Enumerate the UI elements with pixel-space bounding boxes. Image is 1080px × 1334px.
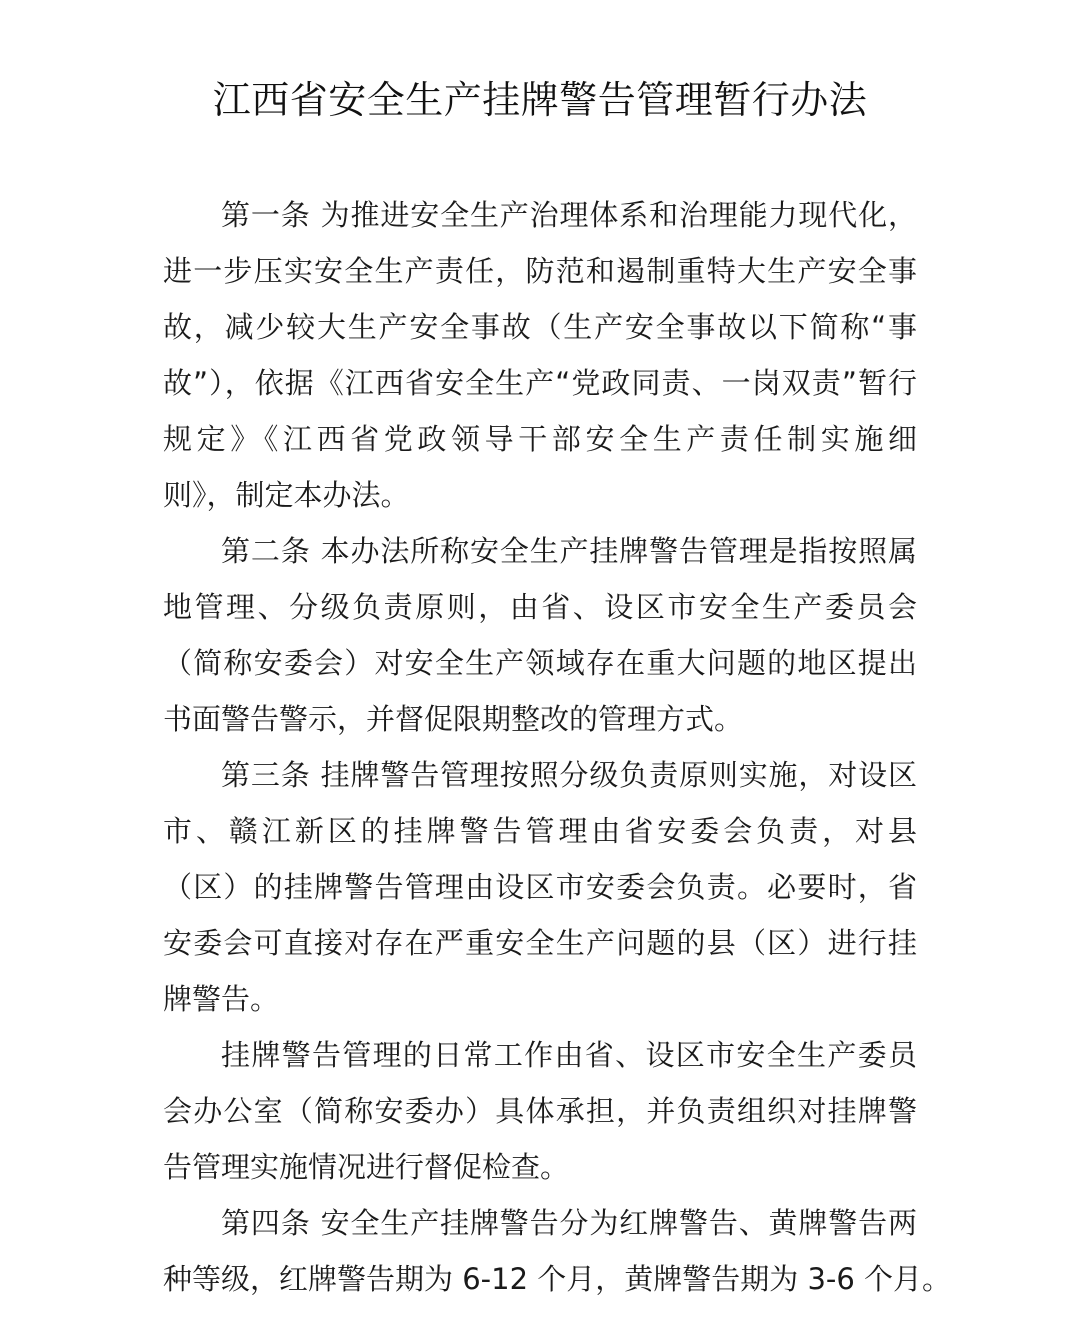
- paragraph-line: （区）的挂牌警告管理由设区市安委会负责。必要时，省: [163, 859, 917, 915]
- paragraph-line: 第四条 安全生产挂牌警告分为红牌警告、黄牌警告两: [163, 1195, 917, 1251]
- paragraph-line: 故，减少较大生产安全事故（生产安全事故以下简称“事: [163, 299, 917, 355]
- paragraph-line: 规定》《江西省党政领导干部安全生产责任制实施细: [163, 411, 917, 467]
- paragraph-line: 种等级，红牌警告期为 6-12 个月，黄牌警告期为 3-6 个月。: [163, 1251, 917, 1307]
- article-4-paragraph: 第四条 安全生产挂牌警告分为红牌警告、黄牌警告两 种等级，红牌警告期为 6-12…: [163, 1195, 917, 1307]
- paragraph-line: 进一步压实安全生产责任，防范和遏制重特大生产安全事: [163, 243, 917, 299]
- paragraph-line: 则》，制定本办法。: [163, 467, 917, 523]
- document-body: 第一条 为推进安全生产治理体系和治理能力现代化， 进一步压实安全生产责任，防范和…: [163, 187, 917, 1307]
- paragraph-line: 书面警告警示，并督促限期整改的管理方式。: [163, 691, 917, 747]
- paragraph-line: 第三条 挂牌警告管理按照分级负责原则实施，对设区: [163, 747, 917, 803]
- article-2-paragraph: 第二条 本办法所称安全生产挂牌警告管理是指按照属 地管理、分级负责原则，由省、设…: [163, 523, 917, 747]
- paragraph-line: 地管理、分级负责原则，由省、设区市安全生产委员会: [163, 579, 917, 635]
- paragraph-line: 告管理实施情况进行督促检查。: [163, 1139, 917, 1195]
- paragraph-line: 安委会可直接对存在严重安全生产问题的县（区）进行挂: [163, 915, 917, 971]
- paragraph-line: 市、赣江新区的挂牌警告管理由省安委会负责，对县: [163, 803, 917, 859]
- paragraph-line: 第二条 本办法所称安全生产挂牌警告管理是指按照属: [163, 523, 917, 579]
- article-3-supplement-paragraph: 挂牌警告管理的日常工作由省、设区市安全生产委员 会办公室（简称安委办）具体承担，…: [163, 1027, 917, 1195]
- document-title: 江西省安全生产挂牌警告管理暂行办法: [0, 70, 1080, 130]
- paragraph-line: 牌警告。: [163, 971, 917, 1027]
- paragraph-line: 会办公室（简称安委办）具体承担，并负责组织对挂牌警: [163, 1083, 917, 1139]
- paragraph-line: 第一条 为推进安全生产治理体系和治理能力现代化，: [163, 187, 917, 243]
- article-1-paragraph: 第一条 为推进安全生产治理体系和治理能力现代化， 进一步压实安全生产责任，防范和…: [163, 187, 917, 523]
- paragraph-line: 故”），依据《江西省安全生产“党政同责、一岗双责”暂行: [163, 355, 917, 411]
- article-3-paragraph: 第三条 挂牌警告管理按照分级负责原则实施，对设区 市、赣江新区的挂牌警告管理由省…: [163, 747, 917, 1027]
- paragraph-line: 挂牌警告管理的日常工作由省、设区市安全生产委员: [163, 1027, 917, 1083]
- paragraph-line: （简称安委会）对安全生产领域存在重大问题的地区提出: [163, 635, 917, 691]
